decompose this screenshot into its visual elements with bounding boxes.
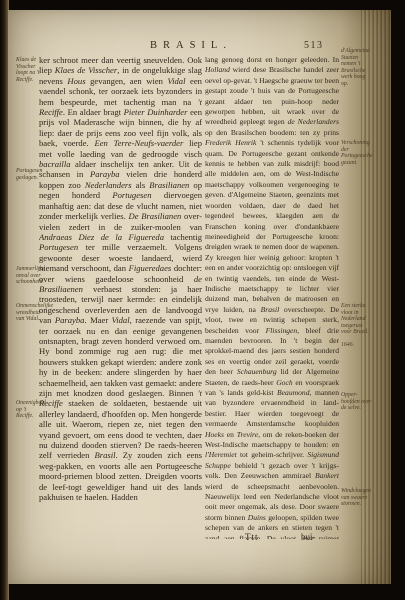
margin-note: Oneenigheid op 't Reciffe.	[16, 400, 41, 420]
margin-note: d'Algemeine Staeten nemen 't Brasilsche …	[341, 48, 372, 88]
margin-note: 1646.	[341, 342, 372, 349]
margin-note: Portugesen geslagen.	[16, 168, 41, 181]
book-page: BRASIL. 513 Klaes de Visscher loopt na '…	[8, 10, 391, 584]
text-column-right: lang genoeg dorst en honger geleeden. In…	[205, 55, 339, 539]
margin-note: Onmenschelijke wreedheid van Vidal.	[16, 303, 41, 323]
running-title: BRASIL.	[150, 40, 232, 51]
page-number: 513	[304, 40, 324, 51]
catchword: bui-	[301, 532, 316, 542]
margin-note: Windvlaegen van swaere stormen.	[341, 488, 372, 508]
text-column-left: ker schroot meer dan veertig sneuvelden.…	[39, 55, 202, 539]
margin-note: Jammerlijke onval over schoonheid.	[16, 266, 41, 286]
book-scan: BRASIL. 513 Klaes de Visscher loopt na '…	[0, 0, 405, 600]
margin-note: Klaes de Visscher loopt na 't Reciffe.	[16, 57, 41, 83]
signature-mark: Ttt	[245, 532, 259, 542]
margin-note: Een sterke vloot in Nederland toegerust …	[341, 303, 372, 336]
margin-note: Opper-hoofden over de selve.	[341, 392, 372, 412]
margin-note: Verschoning der Portugeesche gezant.	[341, 140, 372, 166]
